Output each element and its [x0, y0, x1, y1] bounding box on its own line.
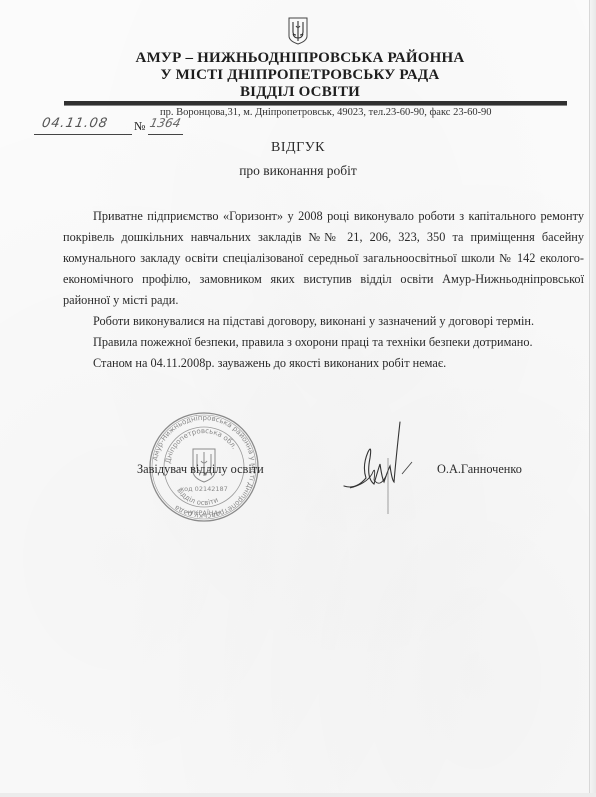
org-name-line-1: АМУР – НИЖНЬОДНІПРОВСЬКА РАЙОННА: [100, 50, 500, 66]
trident-coat-of-arms-icon: [288, 17, 308, 45]
svg-text:Дніпропетровська обл.: Дніпропетровська обл.: [164, 427, 238, 464]
paper-edge-right: [589, 0, 596, 797]
document-title: ВІДГУК: [0, 140, 596, 156]
org-address: пр. Воронцова,31, м. Дніпропетровськ, 49…: [160, 107, 492, 118]
handwritten-signature: [336, 418, 416, 528]
org-department: ВІДДІЛ ОСВІТИ: [100, 84, 500, 100]
document-body: Приватне підприємство «Горизонт» у 2008 …: [63, 206, 584, 374]
registration-number: 1364: [149, 116, 183, 130]
paragraph-main: Приватне підприємство «Горизонт» у 2008 …: [63, 206, 584, 311]
paragraph-contract: Роботи виконувалися на підставі договору…: [63, 311, 584, 332]
registration-number-field: 1364: [148, 118, 183, 135]
org-name-line-2: У МІСТІ ДНІПРОПЕТРОВСЬКУ РАДА: [100, 67, 500, 83]
svg-text:*УКРАЇНА*: *УКРАЇНА*: [187, 508, 222, 517]
registration-number-label: №: [134, 119, 145, 134]
svg-text:код 02142187: код 02142187: [180, 485, 228, 493]
paper-edge-bottom: [0, 793, 596, 797]
paragraph-safety: Правила пожежної безпеки, правила з охор…: [63, 332, 584, 353]
letterhead-divider: [64, 101, 567, 106]
registration-date-field: 04.11.08: [34, 118, 132, 135]
signer-name: О.А.Ганноченко: [437, 462, 522, 477]
paragraph-no-remarks: Станом на 04.11.2008р. зауважень до якос…: [63, 353, 584, 374]
signer-position: Завідувач відділу освіти: [137, 462, 264, 477]
registration-date: 04.11.08: [41, 116, 110, 131]
document-subtitle: про виконання робіт: [0, 163, 596, 179]
